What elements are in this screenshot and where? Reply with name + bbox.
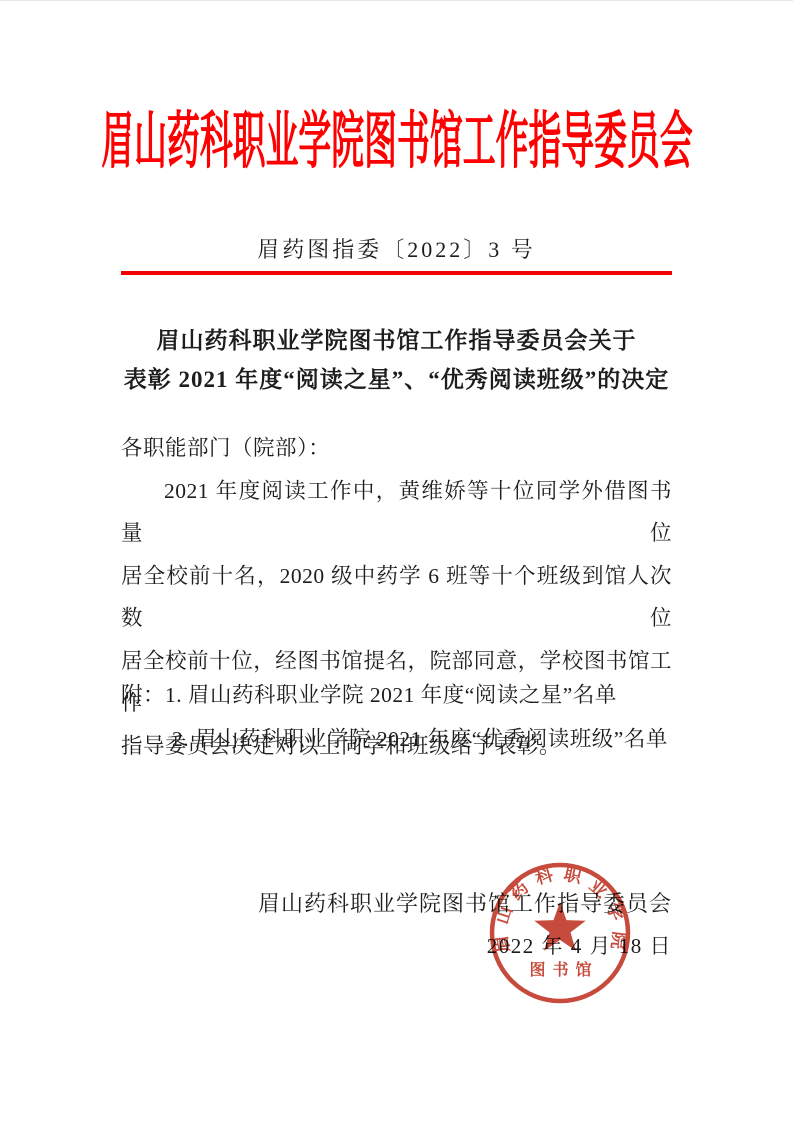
decision-title-line1: 眉山药科职业学院图书馆工作指导委员会关于	[0, 321, 793, 360]
official-document-page: 眉山药科职业学院图书馆工作指导委员会 眉药图指委〔2022〕3 号 眉山药科职业…	[0, 0, 793, 1123]
body-paragraph-line: 居全校前十名，2020 级中药学 6 班等十个班级到馆人次数位	[121, 555, 672, 640]
attachment-item-1: 附：1. 眉山药科职业学院 2021 年度“阅读之星”名单	[121, 673, 672, 717]
decision-title-line2: 表彰 2021 年度“阅读之星”、“优秀阅读班级”的决定	[0, 360, 793, 399]
signature-date: 2022 年 4 月 18 日	[121, 930, 672, 960]
body-paragraph-line: 2021 年度阅读工作中，黄维娇等十位同学外借图书量位	[121, 470, 672, 555]
seal-bottom-text: 图书馆	[529, 960, 598, 979]
attachment-item-2: 2. 眉山药科职业学院 2021 年度“优秀阅读班级”名单	[121, 717, 672, 761]
attachments-list: 附：1. 眉山药科职业学院 2021 年度“阅读之星”名单 2. 眉山药科职业学…	[121, 673, 672, 761]
salutation: 各职能部门（院部）：	[121, 427, 672, 470]
document-number: 眉药图指委〔2022〕3 号	[0, 233, 793, 264]
masthead: 眉山药科职业学院图书馆工作指导委员会	[0, 97, 793, 173]
masthead-title: 眉山药科职业学院图书馆工作指导委员会	[101, 91, 692, 180]
signature-organization: 眉山药科职业学院图书馆工作指导委员会	[121, 887, 672, 918]
red-divider-rule	[121, 271, 672, 275]
decision-title: 眉山药科职业学院图书馆工作指导委员会关于 表彰 2021 年度“阅读之星”、“优…	[0, 321, 793, 399]
